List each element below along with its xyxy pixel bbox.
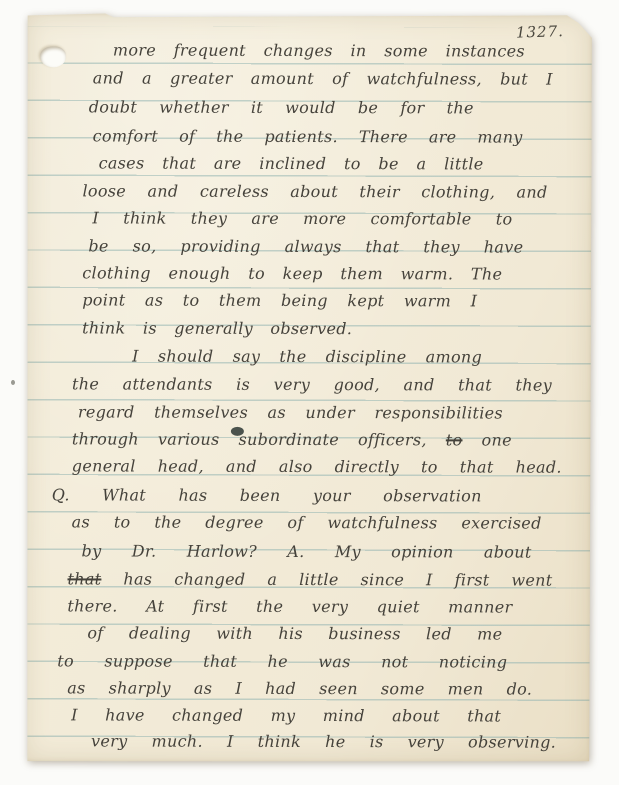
handwriting-line: general head, and also directly to that … — [72, 455, 562, 477]
paper-shadow: 1327. more frequent changes in some inst… — [0, 0, 619, 785]
struck-word: that — [67, 569, 101, 588]
handwriting-line: and a greater amount of watchfulness, bu… — [93, 67, 553, 89]
handwriting-line: through various subordinate officers, to… — [72, 428, 512, 450]
handwriting-line: cases that are inclined to be a little — [99, 152, 484, 174]
handwriting-line: clothing enough to keep them warm. The — [82, 262, 502, 284]
line-text: through various subordinate officers, — [72, 429, 427, 449]
handwriting-line: to suppose that he was not noticing — [57, 650, 507, 672]
handwriting-line: very much. I think he is very observing. — [91, 730, 556, 752]
handwriting-line: of dealing with his business led me — [87, 622, 502, 644]
handwriting-line: by Dr. Harlow? A. My opinion about — [82, 540, 532, 562]
handwriting-line: I think they are more comfortable to — [92, 207, 512, 229]
handwriting-line: the attendants is very good, and that th… — [72, 373, 552, 395]
handwriting-line: there. At first the very quiet manner — [67, 595, 512, 617]
page-number: 1327. — [516, 22, 579, 42]
handwriting-line: loose and careless about their clothing,… — [82, 180, 547, 202]
handwriting-line: I should say the discipline among — [132, 346, 482, 368]
document-page: 1327. more frequent changes in some inst… — [24, 13, 592, 762]
line-text: has changed a little since I first went — [123, 570, 552, 590]
handwriting-line: Q. What has been your observation — [52, 484, 482, 506]
handwriting-line: as sharply as I had seen some men do. — [67, 677, 532, 699]
struck-word: to — [446, 430, 463, 449]
handwriting-line: think is generally observed. — [82, 317, 352, 339]
handwriting-line: more frequent changes in some instances — [113, 39, 525, 61]
handwriting-line: doubt whether it would be for the — [89, 96, 474, 118]
handwriting-line: regard themselves as under responsibilit… — [78, 401, 503, 423]
line-text: one — [482, 430, 512, 449]
handwriting-line: be so, providing always that they have — [88, 235, 523, 257]
handwriting-line: as to the degree of watchfulness exercis… — [72, 511, 542, 533]
handwriting-line: point as to them being kept warm I — [82, 289, 477, 311]
scan-backdrop: 1327. more frequent changes in some inst… — [0, 0, 619, 785]
handwriting-line: that has changed a little since I first … — [67, 568, 552, 590]
handwriting-line: I have changed my mind about that — [71, 704, 501, 726]
handwriting-line: comfort of the patients. There are many — [93, 125, 523, 147]
paper-hole — [40, 46, 66, 67]
